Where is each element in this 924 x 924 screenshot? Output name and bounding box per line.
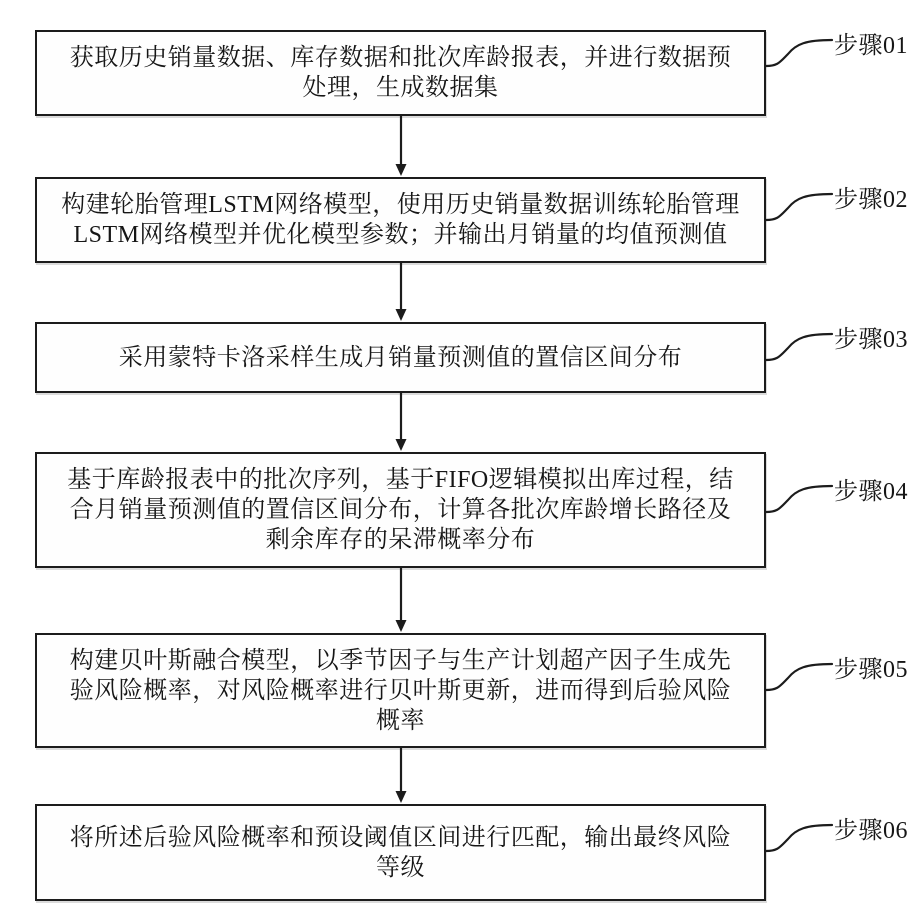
flow-arrow-5 — [396, 748, 407, 803]
callout-curve-6 — [766, 825, 832, 851]
step-label-05: 步骤05 — [834, 655, 924, 685]
flow-box-step-05: 构建贝叶斯融合模型，以季节因子与生产计划超产因子生成先 验风险概率，对风险概率进… — [35, 633, 766, 748]
flowchart-canvas: 获取历史销量数据、库存数据和批次库龄报表，并进行数据预 处理，生成数据集 构建轮… — [0, 0, 924, 924]
callout-curve-3 — [766, 334, 832, 360]
flow-box-step-03: 采用蒙特卡洛采样生成月销量预测值的置信区间分布 — [35, 322, 766, 393]
flow-arrow-3 — [396, 393, 407, 451]
callout-curve-2 — [766, 194, 832, 220]
flow-arrow-1 — [396, 116, 407, 176]
callout-curve-4 — [766, 486, 832, 512]
flow-arrow-2 — [396, 263, 407, 321]
step-label-01: 步骤01 — [834, 31, 924, 61]
flow-box-step-04: 基于库龄报表中的批次序列，基于FIFO逻辑模拟出库过程，结 合月销量预测值的置信… — [35, 452, 766, 568]
flow-box-step-02: 构建轮胎管理LSTM网络模型，使用历史销量数据训练轮胎管理 LSTM网络模型并优… — [35, 177, 766, 263]
flow-arrow-4 — [396, 568, 407, 632]
step-label-04: 步骤04 — [834, 477, 924, 507]
callout-curve-5 — [766, 664, 832, 690]
step-label-02: 步骤02 — [834, 185, 924, 215]
callout-curve-1 — [766, 40, 832, 66]
step-label-06: 步骤06 — [834, 816, 924, 846]
flow-box-step-01: 获取历史销量数据、库存数据和批次库龄报表，并进行数据预 处理，生成数据集 — [35, 30, 766, 116]
step-label-03: 步骤03 — [834, 325, 924, 355]
flow-box-step-06: 将所述后验风险概率和预设阈值区间进行匹配，输出最终风险 等级 — [35, 804, 766, 901]
